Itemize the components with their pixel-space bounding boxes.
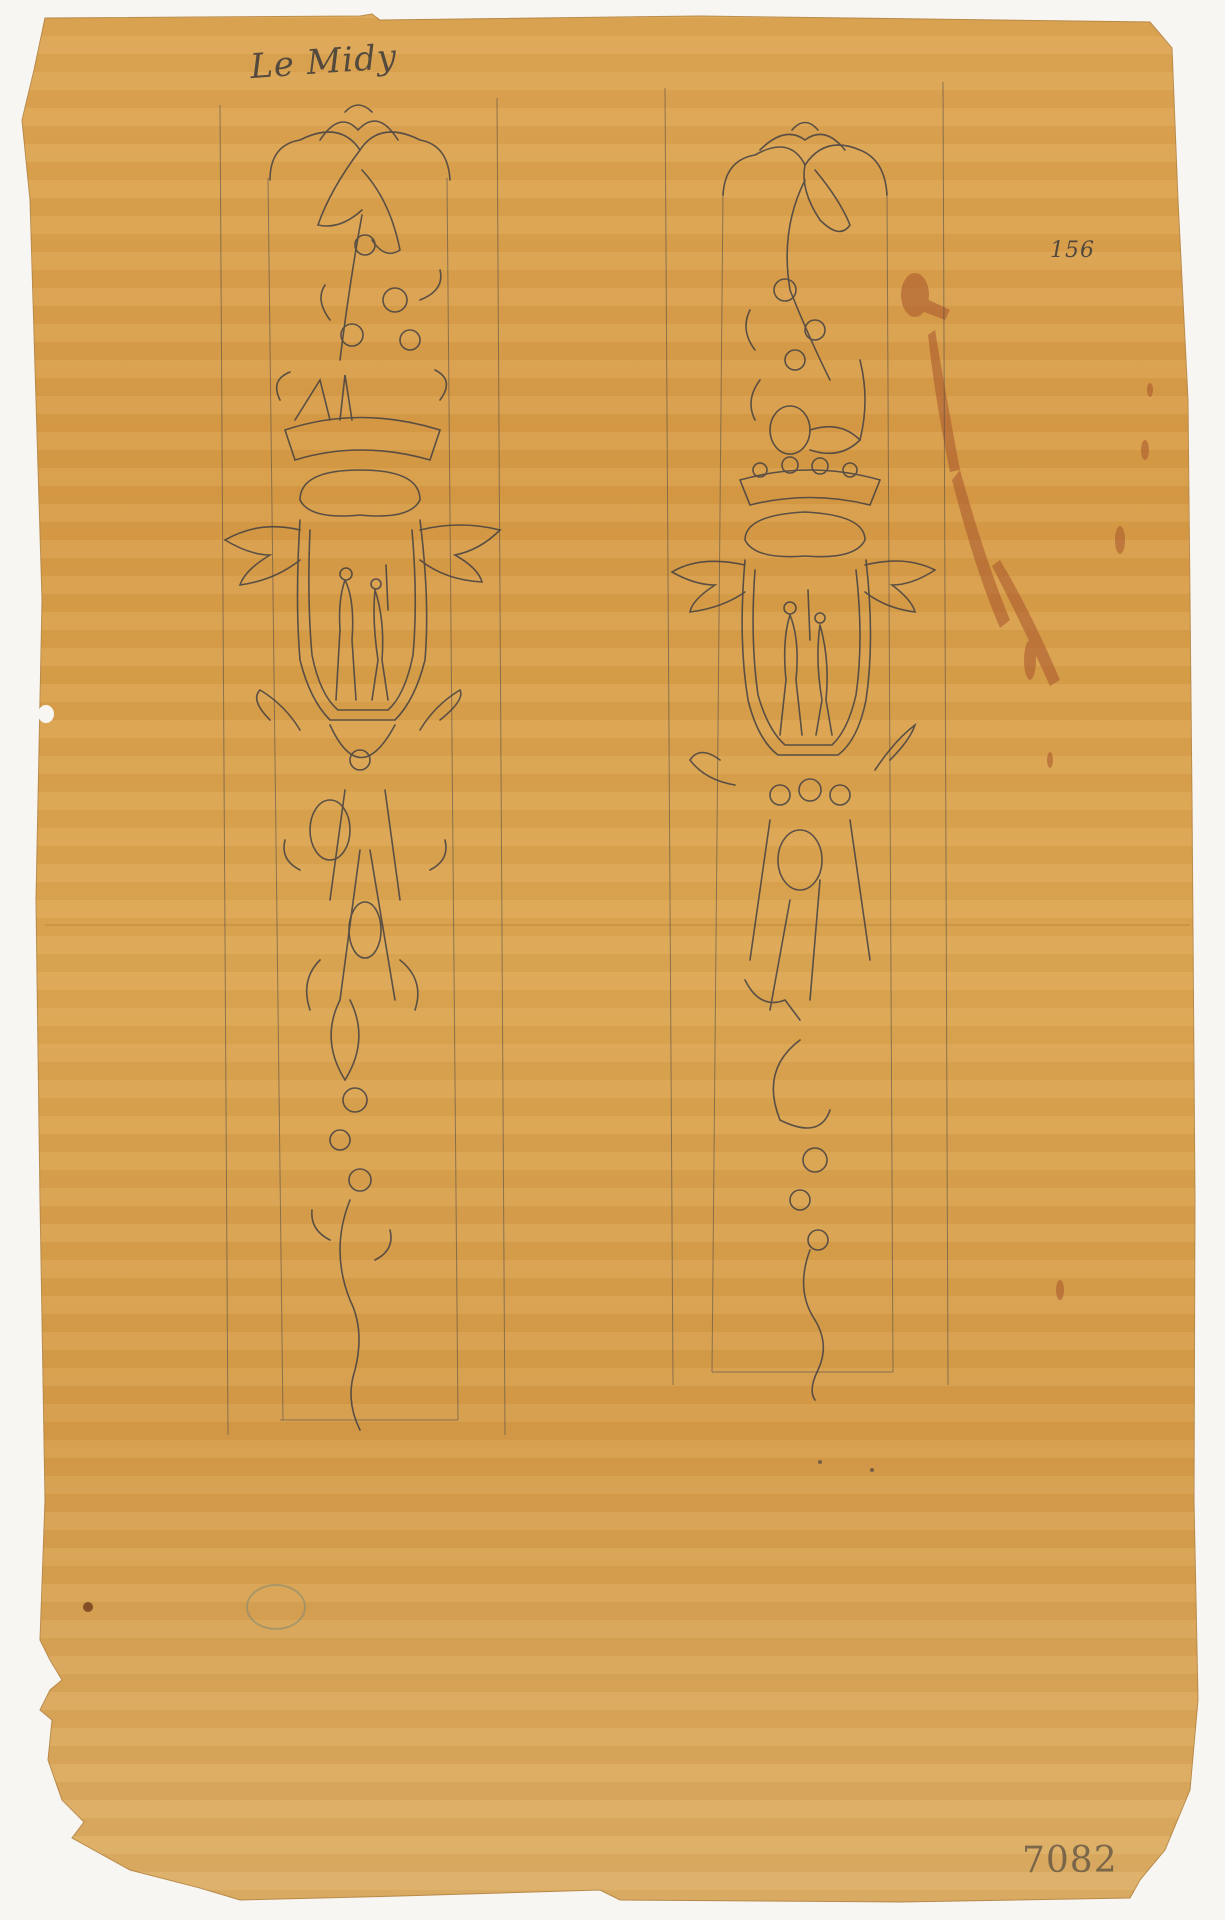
folio-number: 156 — [1050, 238, 1095, 263]
collection-stamp — [246, 1584, 306, 1630]
stamp-label — [248, 1586, 304, 1628]
tear-hole — [38, 705, 54, 723]
paper-illustration — [0, 0, 1225, 1920]
drawing-sheet: Le Midy 156 7082 — [0, 0, 1225, 1920]
inventory-number: 7082 — [1022, 1840, 1118, 1881]
